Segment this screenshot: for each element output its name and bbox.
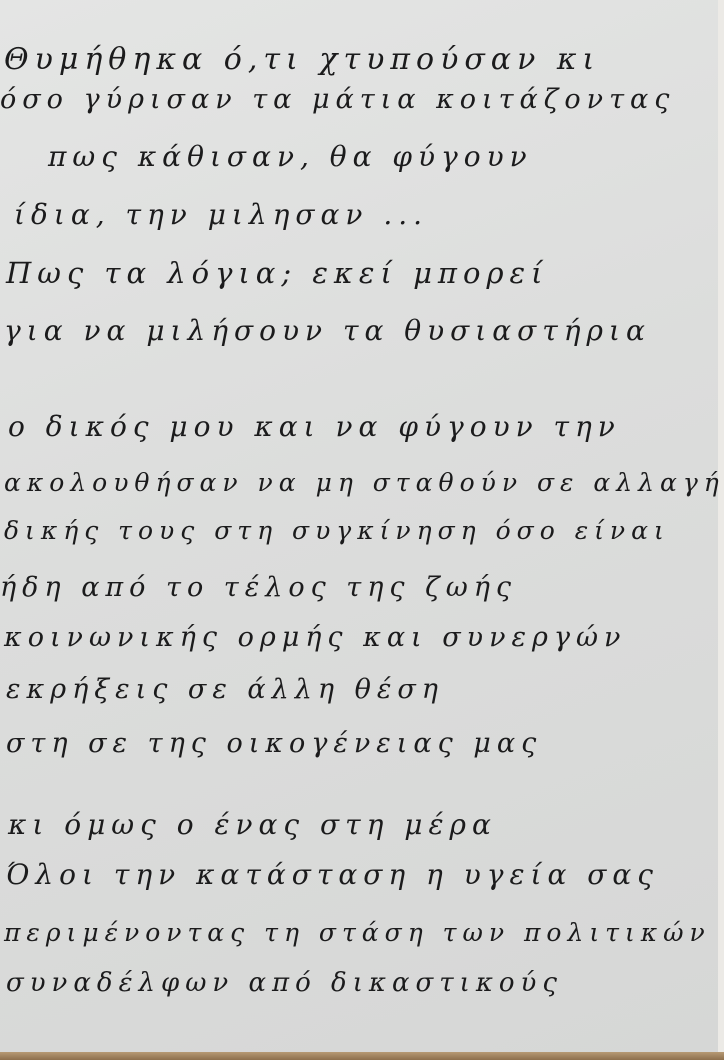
handwriting-line-4: ίδια, την μιλησαν ... [14, 198, 428, 231]
handwriting-line-16: περιμένοντας τη στάση των πολιτικών [4, 918, 711, 947]
handwritten-page: Θυμήθηκα ό,τι χτυπούσαν κι όσο γύρισαν τ… [0, 0, 724, 1052]
handwriting-line-10: ήδη από το τέλος της ζωής [0, 572, 517, 603]
handwriting-line-9: δικής τους στη συγκίνηση όσο είναι [4, 516, 670, 545]
handwriting-line-12: εκρήξεις σε άλλη θέση [6, 674, 444, 705]
handwriting-line-5: Πως τα λόγια; εκεί μπορεί [6, 256, 548, 290]
handwriting-line-11: κοινωνικής ορμής και συνεργών [4, 622, 626, 653]
handwriting-line-3: πως κάθισαν, θα φύγουν [48, 140, 533, 173]
handwriting-line-17: συναδέλφων από δικαστικούς [6, 968, 563, 998]
handwriting-line-2: όσο γύρισαν τα μάτια κοιτάζοντας [0, 84, 675, 115]
handwriting-line-7: ο δικός μου και να φύγουν την [8, 410, 621, 443]
handwriting-line-13: στη σε της οικογένειας μας [6, 728, 542, 759]
handwriting-line-8: ακολουθήσαν να μη σταθούν σε αλλαγή [4, 468, 724, 497]
handwriting-line-14: κι όμως ο ένας στη μέρα [8, 808, 497, 841]
handwriting-line-1: Θυμήθηκα ό,τι χτυπούσαν κι [4, 42, 600, 77]
table-surface [0, 1052, 724, 1060]
handwriting-line-15: Όλοι την κατάσταση η υγεία σας [6, 858, 659, 891]
handwriting-line-6: για να μιλήσουν τα θυσιαστήρια [4, 314, 651, 347]
